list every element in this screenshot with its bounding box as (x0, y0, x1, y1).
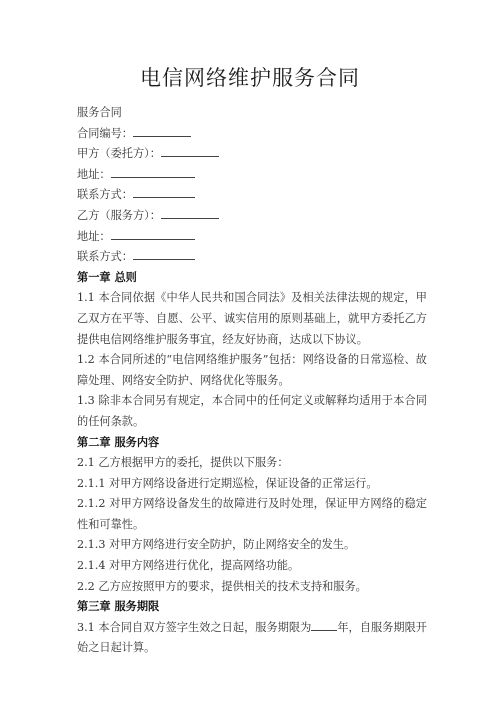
clause-1-2: 1.2 本合同所述的“电信网络维护服务”包括：网络设备的日常巡检、故障处理、网络… (77, 350, 427, 391)
party-a-address-blank (111, 165, 195, 178)
party-a-blank (161, 144, 219, 157)
header-party-a-contact: 联系方式： (77, 185, 427, 206)
clause-2-2: 2.2 乙方应按照甲方的要求，提供相关的技术支持和服务。 (77, 577, 427, 598)
clause-2-1-1: 2.1.1 对甲方网络设备进行定期巡检，保证设备的正常运行。 (77, 474, 427, 495)
contract-number-blank (133, 124, 191, 137)
clause-1-3: 1.3 除非本合同另有规定，本合同中的任何定义或解释均适用于本合同的任何条款。 (77, 391, 427, 432)
clause-1-1: 1.1 本合同依据《中华人民共和国合同法》及相关法律法规的规定，甲乙双方在平等、… (77, 288, 427, 350)
header-party-b-contact: 联系方式： (77, 247, 427, 268)
header-contract-type: 服务合同 (77, 103, 427, 124)
header-party-b-address: 地址： (77, 227, 427, 248)
chapter-3-heading: 第三章 服务期限 (77, 597, 427, 618)
clause-2-1: 2.1 乙方根据甲方的委托，提供以下服务： (77, 453, 427, 474)
chapter-1-heading: 第一章 总则 (77, 268, 427, 289)
document-page: 电信网络维护服务合同 服务合同 合同编号： 甲方（委托方）： 地址： 联系方式：… (0, 0, 500, 707)
clause-2-1-2: 2.1.2 对甲方网络设备发生的故障进行及时处理，保证甲方网络的稳定性和可靠性。 (77, 494, 427, 535)
clause-2-1-3: 2.1.3 对甲方网络进行安全防护，防止网络安全的发生。 (77, 535, 427, 556)
party-b-blank (161, 206, 219, 219)
header-contract-number: 合同编号： (77, 124, 427, 145)
party-a-contact-blank (133, 185, 195, 198)
service-term-years-blank (311, 618, 337, 631)
party-b-address-blank (111, 227, 195, 240)
document-body: 服务合同 合同编号： 甲方（委托方）： 地址： 联系方式： 乙方（服务方）： 地… (77, 103, 427, 659)
chapter-2-heading: 第二章 服务内容 (77, 433, 427, 454)
header-party-a-address: 地址： (77, 165, 427, 186)
clause-2-1-4: 2.1.4 对甲方网络进行优化，提高网络功能。 (77, 556, 427, 577)
header-party-b: 乙方（服务方）： (77, 206, 427, 227)
header-party-a: 甲方（委托方）： (77, 144, 427, 165)
clause-3-1: 3.1 本合同自双方签字生效之日起，服务期限为年，自服务期限开始之日起计算。 (77, 618, 427, 659)
party-b-contact-blank (133, 247, 195, 260)
document-title: 电信网络维护服务合同 (0, 62, 500, 92)
